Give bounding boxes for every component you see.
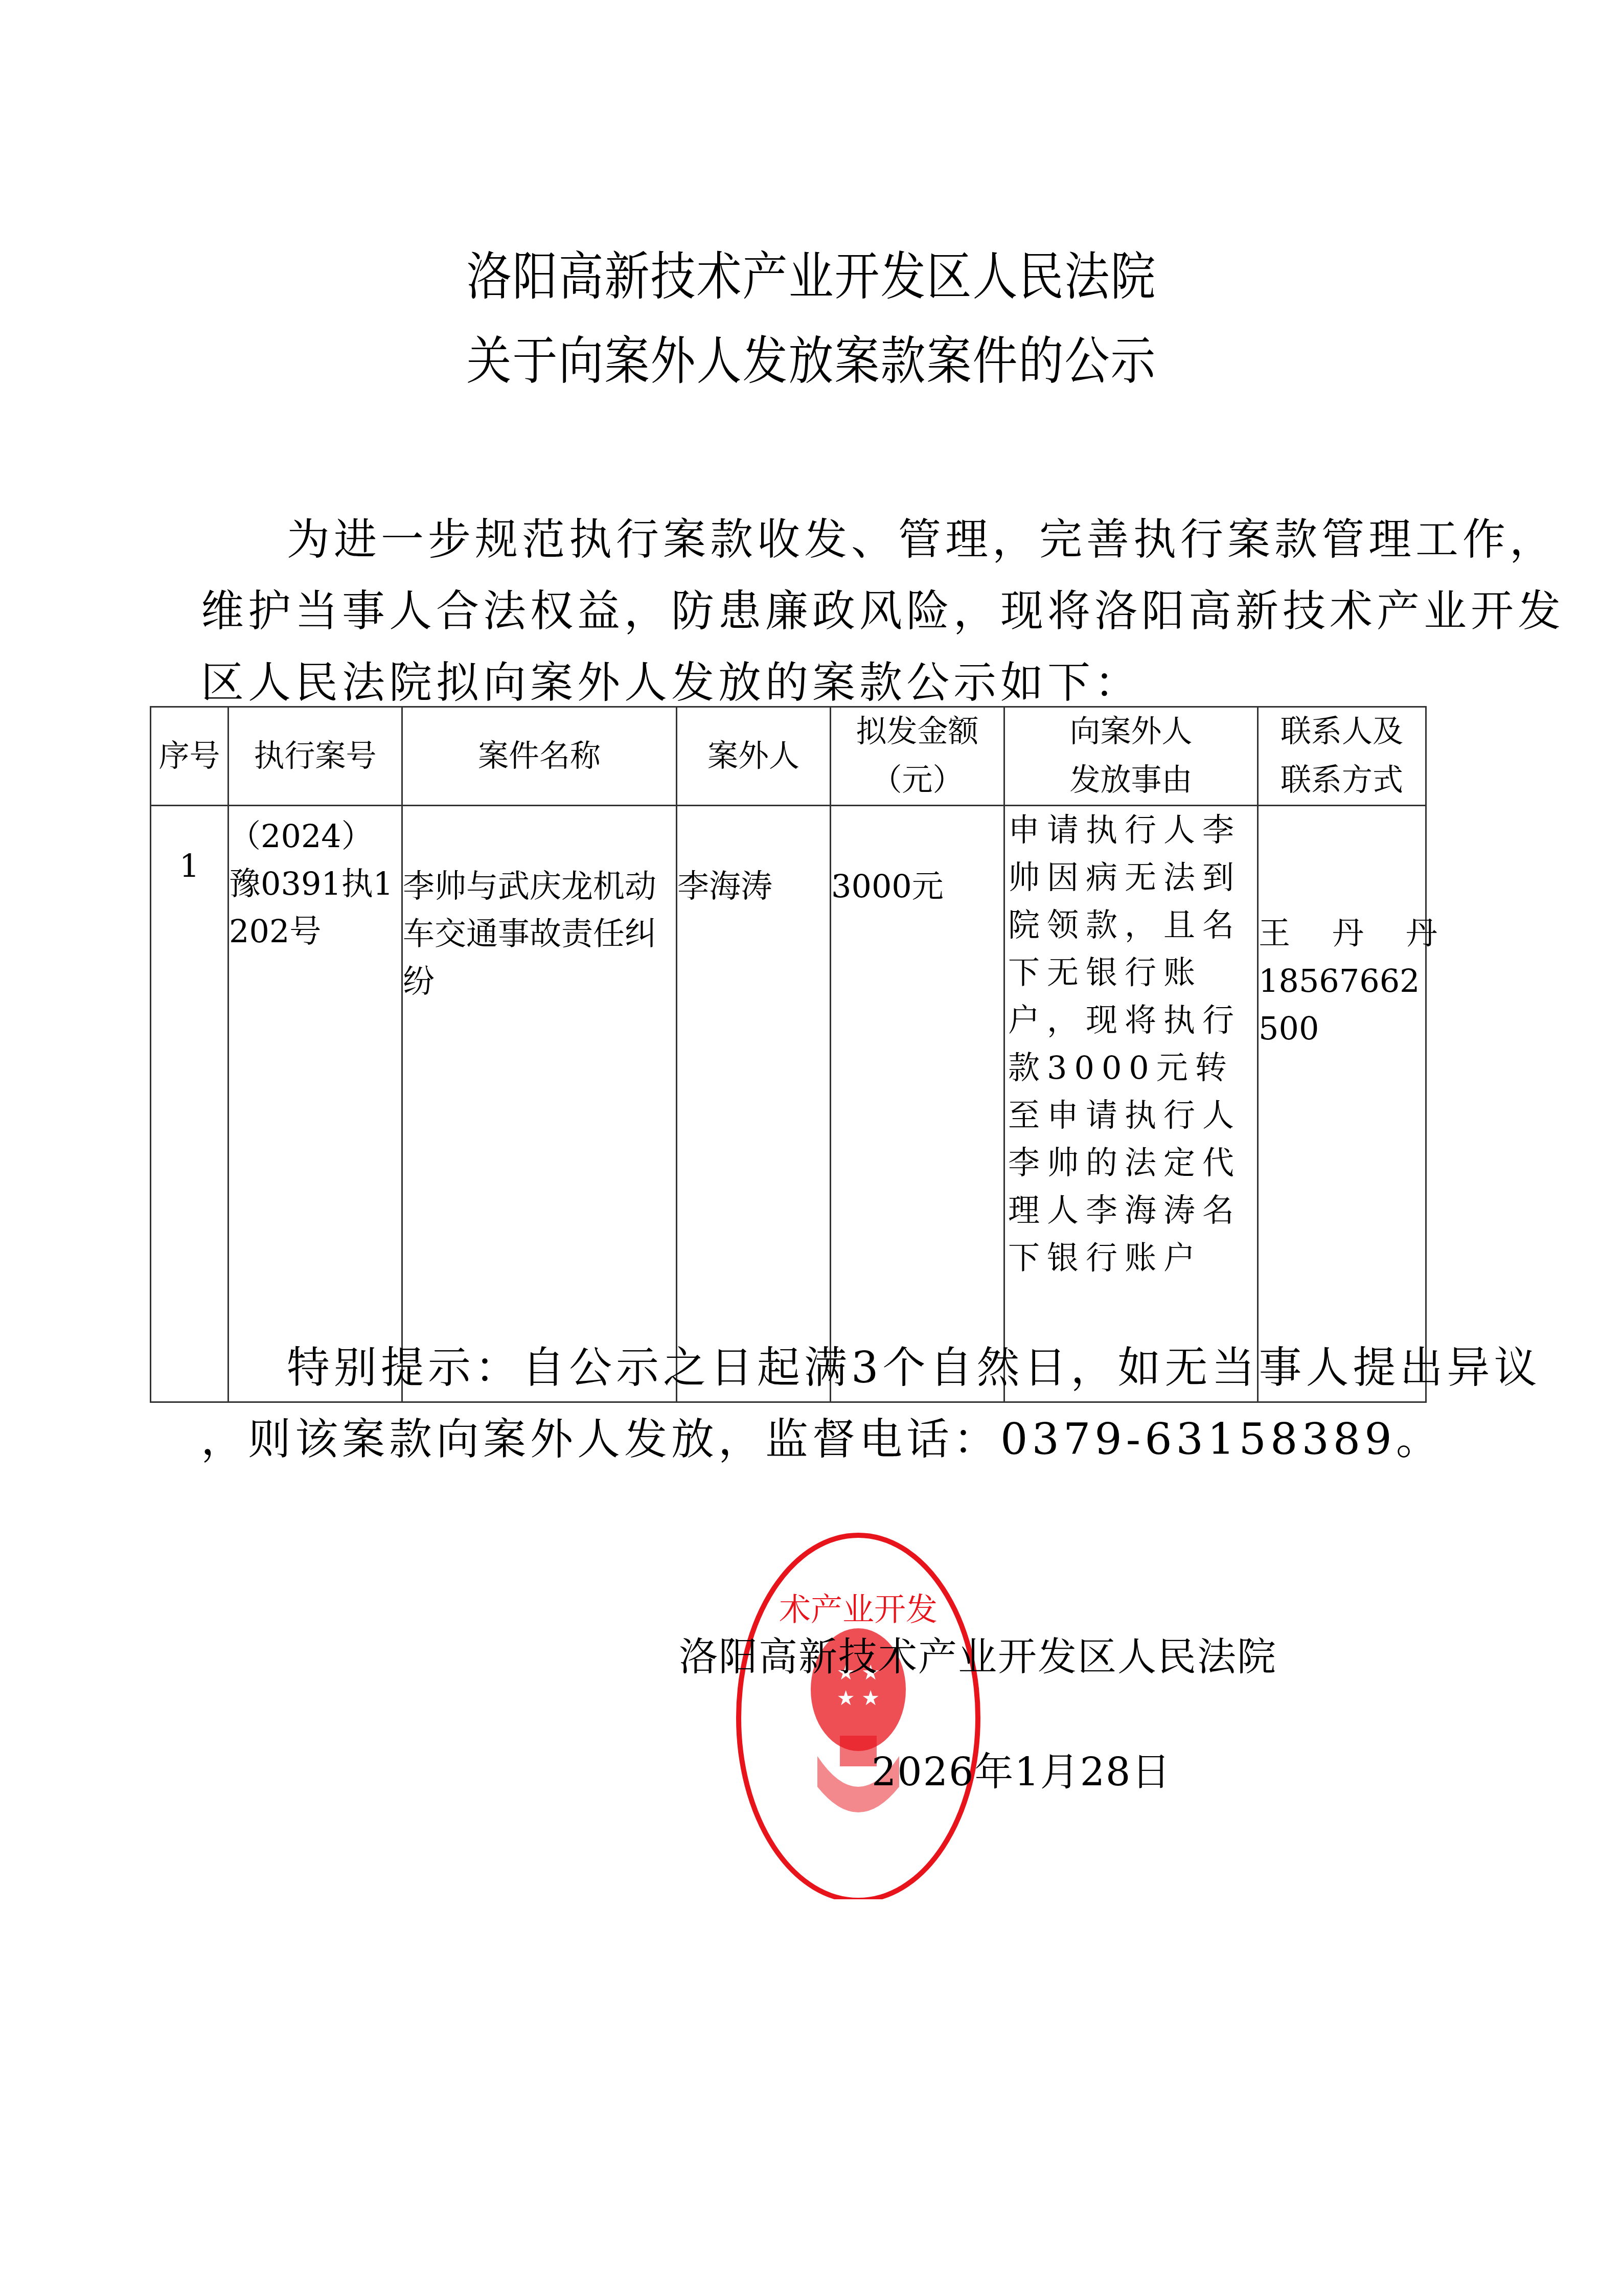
header-contact: 联系人及 联系方式 [1258, 707, 1426, 806]
cell-seq: 1 [151, 806, 228, 1402]
cell-outsider: 李海涛 [677, 806, 831, 1402]
header-amount: 拟发金额 （元） [831, 707, 1004, 806]
header-seq: 序号 [151, 707, 228, 806]
header-amount-line2: （元） [831, 756, 1003, 805]
cell-case-no: （2024）豫0391执1202号 [228, 806, 402, 1402]
signature-court: 洛阳高新技术产业开发区人民法院 [679, 1626, 1277, 1681]
intro-line-1: 为进一步规范执行案款收发、管理，完善执行案款管理工作， [201, 504, 1438, 575]
signature-date: 2026年1月28日 [872, 1741, 1171, 1797]
contact-phone: 18567662500 [1259, 957, 1425, 1052]
disbursement-table: 序号 执行案号 案件名称 案外人 拟发金额 （元） 向案外人 发放事由 联系人及… [150, 706, 1427, 1403]
cell-case-name: 李帅与武庆龙机动车交通事故责任纠纷 [402, 806, 677, 1402]
table-row: 1 （2024）豫0391执1202号 李帅与武庆龙机动车交通事故责任纠纷 李海… [151, 806, 1426, 1402]
document-title-line1: 洛阳高新技术产业开发区人民法院 [0, 236, 1623, 310]
header-contact-line1: 联系人及 [1259, 708, 1425, 756]
court-seal: 术产业开发 ★ ★ ★ ★ [702, 1521, 1015, 1899]
svg-text:★ ★: ★ ★ [837, 1687, 880, 1710]
cell-amount: 3000元 [831, 806, 1004, 1402]
header-outsider: 案外人 [677, 707, 831, 806]
svg-text:术产业开发: 术产业开发 [779, 1591, 938, 1628]
notice-line-2: ，则该案款向案外人发放，监督电话：0379-63158389。 [201, 1403, 1438, 1475]
header-reason-line1: 向案外人 [1005, 708, 1257, 756]
special-notice: 特别提示：自公示之日起满3个自然日，如无当事人提出异议 ，则该案款向案外人发放，… [201, 1332, 1438, 1475]
cell-reason: 申请执行人李帅因病无法到院领款，且名下无银行账户，现将执行款3000元转至申请执… [1004, 806, 1258, 1402]
header-amount-line1: 拟发金额 [831, 708, 1003, 756]
notice-line-1: 特别提示：自公示之日起满3个自然日，如无当事人提出异议 [201, 1332, 1438, 1403]
header-case-no: 执行案号 [228, 707, 402, 806]
header-contact-line2: 联系方式 [1259, 756, 1425, 805]
table-header-row: 序号 执行案号 案件名称 案外人 拟发金额 （元） 向案外人 发放事由 联系人及… [151, 707, 1426, 806]
header-reason-line2: 发放事由 [1005, 756, 1257, 805]
cell-contact: 王 丹 丹 18567662500 [1258, 806, 1426, 1402]
intro-paragraph: 为进一步规范执行案款收发、管理，完善执行案款管理工作， 维护当事人合法权益，防患… [201, 504, 1438, 718]
intro-line-2: 维护当事人合法权益，防患廉政风险，现将洛阳高新技术产业开发 [201, 575, 1438, 647]
contact-name: 王 丹 丹 [1259, 910, 1425, 957]
document-title-line2: 关于向案外人发放案款案件的公示 [0, 320, 1623, 394]
header-case-name: 案件名称 [402, 707, 677, 806]
header-reason: 向案外人 发放事由 [1004, 707, 1258, 806]
